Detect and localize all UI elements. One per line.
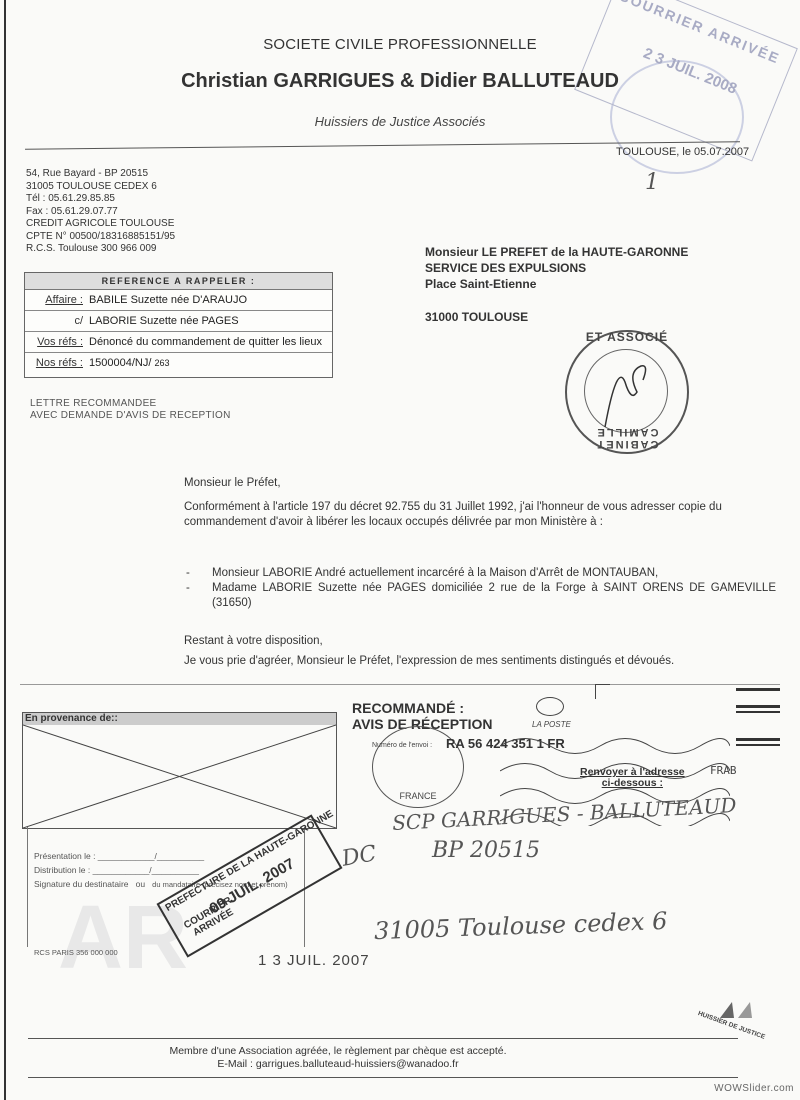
reference-label: Vos réfs : xyxy=(25,332,89,352)
distribution-label: Distribution le : xyxy=(34,865,90,875)
recipient-line: Monsieur LE PREFET de la HAUTE-GARONNE xyxy=(425,244,688,260)
rcs-number: R.C.S. Toulouse 300 966 009 xyxy=(26,243,175,256)
reference-label: Nos réfs : xyxy=(25,353,89,373)
firm-title: Huissiers de Justice Associés xyxy=(0,114,800,129)
list-item-text: Monsieur LABORIE André actuellement inca… xyxy=(212,566,658,581)
reference-row: Vos réfs : Dénoncé du commandement de qu… xyxy=(25,331,332,352)
list-item: -Madame LABORIE Suzette née PAGES domici… xyxy=(186,581,776,611)
mail-type-line: AVEC DEMANDE D'AVIS DE RECEPTION xyxy=(30,410,231,422)
salutation: Monsieur le Préfet, xyxy=(184,476,281,491)
our-ref-suffix: 263 xyxy=(154,358,169,368)
rcs-paris: RCS PARIS 356 000 000 xyxy=(34,948,118,957)
footer: Membre d'une Association agréée, le règl… xyxy=(28,1038,738,1078)
bank: CREDIT AGRICOLE TOULOUSE xyxy=(26,218,175,231)
reference-row: c/ LABORIE Suzette née PAGES xyxy=(25,310,332,331)
reference-row: Nos réfs : 1500004/NJ/ 263 xyxy=(25,352,332,373)
handwritten-address-line: 31005 Toulouse cedex 6 xyxy=(374,907,668,945)
presentation-label: Présentation le : xyxy=(34,851,95,861)
mail-type-line: LETTRE RECOMMANDEE xyxy=(30,398,231,410)
recipients-list: -Monsieur LABORIE André actuellement inc… xyxy=(186,566,776,611)
reference-value: 1500004/NJ/ 263 xyxy=(89,353,169,373)
wowslider-watermark: WOWSlider.com xyxy=(714,1083,794,1094)
paragraph-1: Conformément à l'article 197 du décret 9… xyxy=(184,500,774,530)
scanned-letter: COURRIER ARRIVÉE 2 3 JUIL. 2008 SOCIETE … xyxy=(0,0,800,1100)
footer-email: E-Mail : garrigues.balluteaud-huissiers@… xyxy=(28,1058,648,1071)
postal-bars-icon xyxy=(736,688,780,694)
provenance-box: En provenance de:: xyxy=(22,712,337,829)
handwritten-mark: 1 xyxy=(645,170,659,195)
crossed-out-icon xyxy=(23,713,336,828)
postmark-country: FRANCE xyxy=(373,791,463,801)
corner-mark xyxy=(595,684,610,699)
recipient-city: 31000 TOULOUSE xyxy=(425,310,528,324)
fax: Fax : 05.61.29.07.77 xyxy=(26,206,175,219)
our-ref: 1500004/NJ/ xyxy=(89,357,151,369)
signature-icon xyxy=(597,352,657,432)
footer-text: Membre d'une Association agréée, le règl… xyxy=(28,1045,648,1071)
cabinet-stamp: ET ASSOCIÉ CABINET CAMILLE xyxy=(565,330,689,454)
list-item-text: Madame LABORIE Suzette née PAGES domicil… xyxy=(212,581,776,611)
reference-title: REFERENCE A RAPPELER : xyxy=(25,273,332,290)
handwritten-initials: DC xyxy=(340,841,378,872)
address-line: 31005 TOULOUSE CEDEX 6 xyxy=(26,181,175,194)
return-line: ci-dessous : xyxy=(580,778,685,789)
footer-line: Membre d'une Association agréée, le règl… xyxy=(28,1045,648,1058)
handwritten-address-line: BP 20515 xyxy=(432,838,540,863)
frab-code: FRAB xyxy=(710,764,737,777)
reference-label: c/ xyxy=(25,311,89,331)
closing: Je vous prie d'agréer, Monsieur le Préfe… xyxy=(184,654,674,669)
recipient-address: Monsieur LE PREFET de la HAUTE-GARONNE S… xyxy=(425,244,688,292)
firm-names: Christian GARRIGUES & Didier BALLUTEAUD xyxy=(0,70,800,93)
address-line: 54, Rue Bayard - BP 20515 xyxy=(26,168,175,181)
recipient-line: SERVICE DES EXPULSIONS xyxy=(425,260,688,276)
reference-value: LABORIE Suzette née PAGES xyxy=(89,311,239,331)
reference-value: Dénoncé du commandement de quitter les l… xyxy=(89,332,322,352)
postal-bars-icon xyxy=(736,705,780,716)
postmark-date: 1 3 JUIL. 2007 xyxy=(258,952,370,969)
recipient-line: Place Saint-Etienne xyxy=(425,276,688,292)
reference-row: Affaire : BABILE Suzette née D'ARAUJO xyxy=(25,290,332,310)
sender-address: 54, Rue Bayard - BP 20515 31005 TOULOUSE… xyxy=(26,168,175,256)
society-type: SOCIETE CIVILE PROFESSIONNELLE xyxy=(0,36,800,53)
laposte-logo-icon xyxy=(536,697,564,716)
ar-title-line: RECOMMANDÉ : xyxy=(352,700,493,716)
return-instruction: Renvoyer à l'adresse ci-dessous : xyxy=(580,767,685,789)
account-number: CPTE N° 00500/18316885151/95 xyxy=(26,231,175,244)
postal-bars-icon xyxy=(736,738,780,749)
stamp-text: ET ASSOCIÉ xyxy=(567,330,687,344)
envoi-label: Numéro de l'envoi : xyxy=(372,742,432,749)
ar-card-top-edge xyxy=(20,684,780,685)
reference-label: Affaire : xyxy=(25,290,89,310)
paragraph-2: Restant à votre disposition, xyxy=(184,634,323,649)
city-date: TOULOUSE, le 05.07.2007 xyxy=(616,146,749,158)
scan-edge xyxy=(4,0,6,1100)
reference-value: BABILE Suzette née D'ARAUJO xyxy=(89,290,247,310)
reference-box: REFERENCE A RAPPELER : Affaire : BABILE … xyxy=(24,272,333,378)
phone: Tél : 05.61.29.85.85 xyxy=(26,193,175,206)
mail-type: LETTRE RECOMMANDEE AVEC DEMANDE D'AVIS D… xyxy=(30,398,231,422)
list-item: -Monsieur LABORIE André actuellement inc… xyxy=(186,566,776,581)
